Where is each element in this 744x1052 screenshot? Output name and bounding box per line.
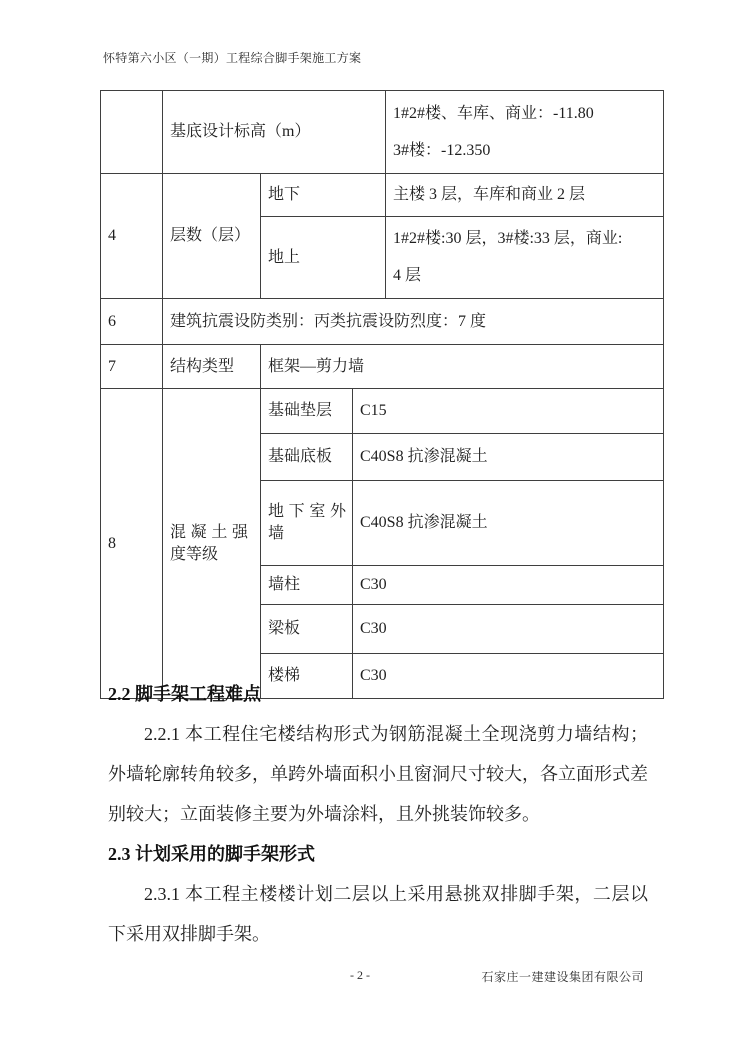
row-value-cell: 1#2#楼:30 层，3#楼:33 层，商业: 4 层 — [386, 217, 664, 299]
row-value-cell: C30 — [353, 605, 664, 654]
section-heading-2-2: 2.2 脚手架工程难点 — [108, 674, 648, 714]
table-row-floors-below: 4 层数（层） 地下 主楼 3 层，车库和商业 2 层 — [101, 174, 664, 217]
section-heading-2-3: 2.3 计划采用的脚手架形式 — [108, 834, 648, 874]
row-number-cell: 7 — [101, 345, 163, 389]
sub-label-cell: 基础垫层 — [261, 389, 353, 434]
table-row-concrete-cushion: 8 混凝土强度等级 基础垫层 C15 — [101, 389, 664, 434]
sub-label-cell: 地上 — [261, 217, 386, 299]
sub-label-cell: 梁板 — [261, 605, 353, 654]
sub-label-cell: 基础底板 — [261, 434, 353, 481]
value-line: 1#2#楼、车库、商业：-11.80 — [393, 103, 659, 125]
footer-company-name: 石家庄一建建设集团有限公司 — [481, 968, 644, 985]
table-row-base-elevation: 基底设计标高（m） 1#2#楼、车库、商业：-11.80 3#楼：-12.350 — [101, 91, 664, 174]
table-row-structure-type: 7 结构类型 框架—剪力墙 — [101, 345, 664, 389]
value-line: 4 层 — [393, 265, 659, 287]
sub-label-cell: 地下 — [261, 174, 386, 217]
row-label-cell: 基底设计标高（m） — [163, 91, 386, 174]
row-value-cell: 1#2#楼、车库、商业：-11.80 3#楼：-12.350 — [386, 91, 664, 174]
value-line: 1#2#楼:30 层，3#楼:33 层，商业: — [393, 228, 659, 250]
section-paragraph-2-3-1: 2.3.1 本工程主楼楼计划二层以上采用悬挑双排脚手架，二层以下采用双排脚手架。 — [108, 874, 648, 954]
row-text-cell: 建筑抗震设防类别：丙类抗震设防烈度：7 度 — [163, 299, 664, 345]
document-body: 2.2 脚手架工程难点 2.2.1 本工程住宅楼结构形式为钢筋混凝土全现浇剪力墙… — [108, 674, 648, 954]
row-number-cell: 8 — [101, 389, 163, 699]
table-row-seismic: 6 建筑抗震设防类别：丙类抗震设防烈度：7 度 — [101, 299, 664, 345]
section-paragraph-2-2-1: 2.2.1 本工程住宅楼结构形式为钢筋混凝土全现浇剪力墙结构；外墙轮廓转角较多，… — [108, 714, 648, 834]
row-value-cell: C30 — [353, 566, 664, 605]
row-number-cell — [101, 91, 163, 174]
document-page: 怀特第六小区（一期）工程综合脚手架施工方案 基底设计标高（m） 1#2#楼、车库… — [0, 0, 744, 1052]
row-label-cell: 混凝土强度等级 — [163, 389, 261, 699]
sub-label-cell: 地下室外墙 — [261, 481, 353, 566]
sub-label-cell: 墙柱 — [261, 566, 353, 605]
document-header-title: 怀特第六小区（一期）工程综合脚手架施工方案 — [103, 49, 361, 66]
row-value-cell: C15 — [353, 389, 664, 434]
row-value-cell: 框架—剪力墙 — [261, 345, 664, 389]
row-value-cell: 主楼 3 层，车库和商业 2 层 — [386, 174, 664, 217]
row-label-text: 混凝土强度等级 — [170, 522, 248, 565]
row-value-cell: C40S8 抗渗混凝土 — [353, 434, 664, 481]
row-label-cell: 层数（层） — [163, 174, 261, 299]
row-value-cell: C40S8 抗渗混凝土 — [353, 481, 664, 566]
row-number-cell: 6 — [101, 299, 163, 345]
project-info-table: 基底设计标高（m） 1#2#楼、车库、商业：-11.80 3#楼：-12.350… — [100, 90, 664, 699]
row-label-cell: 结构类型 — [163, 345, 261, 389]
document-footer: - 2 - 石家庄一建建设集团有限公司 — [100, 968, 652, 988]
value-line: 3#楼：-12.350 — [393, 140, 659, 162]
sub-label-text: 地下室外墙 — [268, 501, 346, 544]
row-number-cell: 4 — [101, 174, 163, 299]
